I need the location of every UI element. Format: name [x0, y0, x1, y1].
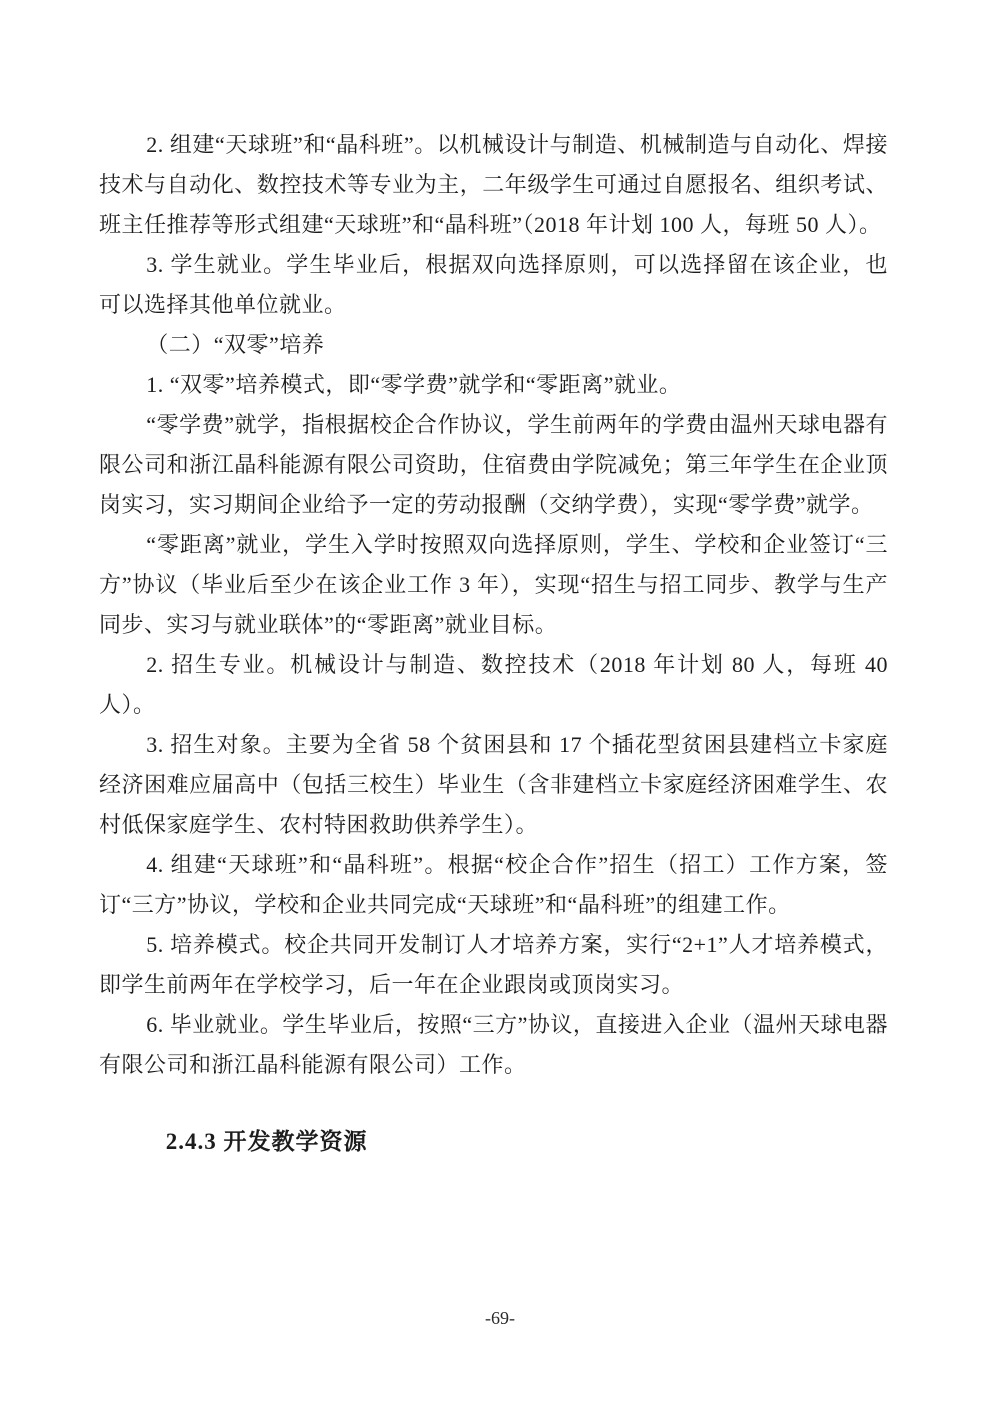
paragraph: “零学费”就学，指根据校企合作协议，学生前两年的学费由温州天球电器有限公司和浙江… — [99, 405, 888, 525]
section-heading: 2.4.3 开发教学资源 — [99, 1122, 888, 1162]
document-page: 2. 组建“天球班”和“晶科班”。以机械设计与制造、机械制造与自动化、焊接技术与… — [0, 0, 1000, 1414]
subsection-title: （二）“双零”培养 — [99, 325, 888, 365]
paragraph: 4. 组建“天球班”和“晶科班”。根据“校企合作”招生（招工）工作方案，签订“三… — [99, 845, 888, 925]
page-body: 2. 组建“天球班”和“晶科班”。以机械设计与制造、机械制造与自动化、焊接技术与… — [99, 125, 888, 1162]
paragraph: 3. 招生对象。主要为全省 58 个贫困县和 17 个插花型贫困县建档立卡家庭经… — [99, 725, 888, 845]
paragraph: 1. “双零”培养模式，即“零学费”就学和“零距离”就业。 — [99, 365, 888, 405]
page-number: -69- — [0, 1306, 1000, 1330]
paragraph: 3. 学生就业。学生毕业后，根据双向选择原则，可以选择留在该企业，也可以选择其他… — [99, 245, 888, 325]
paragraph: “零距离”就业，学生入学时按照双向选择原则，学生、学校和企业签订“三方”协议（毕… — [99, 525, 888, 645]
paragraph: 2. 组建“天球班”和“晶科班”。以机械设计与制造、机械制造与自动化、焊接技术与… — [99, 125, 888, 245]
paragraph: 6. 毕业就业。学生毕业后，按照“三方”协议，直接进入企业（温州天球电器有限公司… — [99, 1005, 888, 1085]
paragraph: 5. 培养模式。校企共同开发制订人才培养方案，实行“2+1”人才培养模式，即学生… — [99, 925, 888, 1005]
paragraph: 2. 招生专业。机械设计与制造、数控技术（2018 年计划 80 人，每班 40… — [99, 645, 888, 725]
